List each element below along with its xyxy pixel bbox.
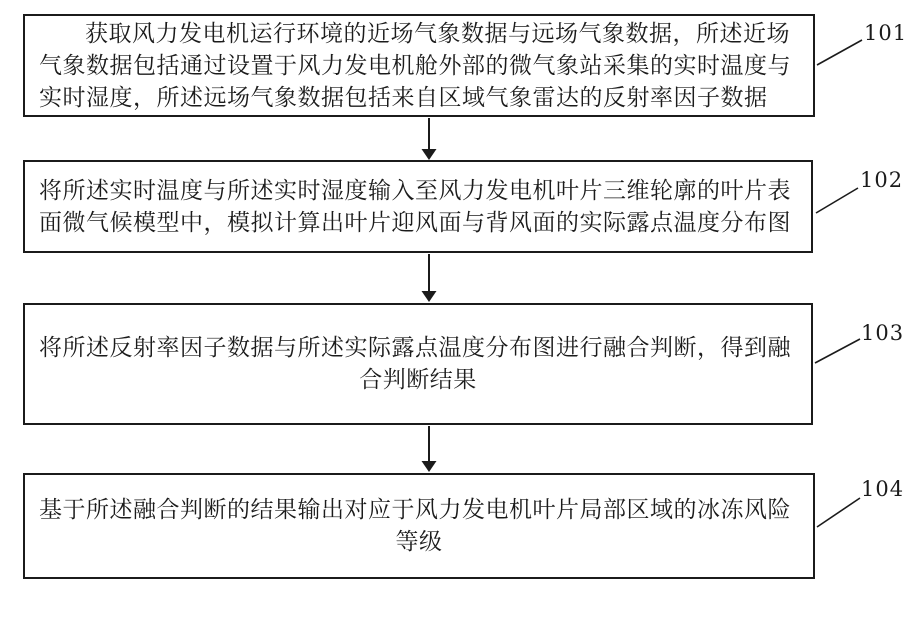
leader-line-101 <box>817 40 862 65</box>
flow-step-box-101: 获取风力发电机运行环境的近场气象数据与远场气象数据，所述近场 气象数据包括通过设… <box>23 14 815 117</box>
flow-arrow-2 <box>422 254 437 302</box>
flow-step-box-102: 将所述实时温度与所述实时湿度输入至风力发电机叶片三维轮廓的叶片表 面微气候模型中… <box>23 160 813 253</box>
flow-arrow-3 <box>422 426 437 472</box>
step-reference-label-101: 101 <box>864 23 907 44</box>
leader-line-104 <box>817 498 860 527</box>
leader-line-102 <box>816 188 858 213</box>
step-102-text-line-2: 面微气候模型中，模拟计算出叶片迎风面与背风面的实际露点温度分布图 <box>39 207 797 239</box>
flow-step-box-103: 将所述反射率因子数据与所述实际露点温度分布图进行融合判断，得到融 合判断结果 <box>23 303 813 425</box>
step-104-text-line-2: 等级 <box>39 526 799 558</box>
step-reference-label-104: 104 <box>861 479 904 500</box>
step-reference-label-103: 103 <box>861 323 904 344</box>
step-103-text-line-1: 将所述反射率因子数据与所述实际露点温度分布图进行融合判断，得到融 <box>39 332 797 364</box>
step-104-text-line-1: 基于所述融合判断的结果输出对应于风力发电机叶片局部区域的冰冻风险 <box>39 494 799 526</box>
step-reference-label-102: 102 <box>860 170 903 191</box>
step-101-text-line-3: 实时湿度，所述远场气象数据包括来自区域气象雷达的反射率因子数据 <box>39 82 799 114</box>
leader-line-103 <box>815 339 860 363</box>
step-103-text-line-2: 合判断结果 <box>39 364 797 396</box>
flow-arrow-1 <box>422 118 437 160</box>
step-101-text-line-1: 获取风力发电机运行环境的近场气象数据与远场气象数据，所述近场 <box>39 18 799 50</box>
step-101-text-line-2: 气象数据包括通过设置于风力发电机舱外部的微气象站采集的实时温度与 <box>39 50 799 82</box>
flowchart-canvas: 获取风力发电机运行环境的近场气象数据与远场气象数据，所述近场 气象数据包括通过设… <box>0 0 918 625</box>
step-102-text-line-1: 将所述实时温度与所述实时湿度输入至风力发电机叶片三维轮廓的叶片表 <box>39 175 797 207</box>
flow-step-box-104: 基于所述融合判断的结果输出对应于风力发电机叶片局部区域的冰冻风险 等级 <box>23 473 815 579</box>
